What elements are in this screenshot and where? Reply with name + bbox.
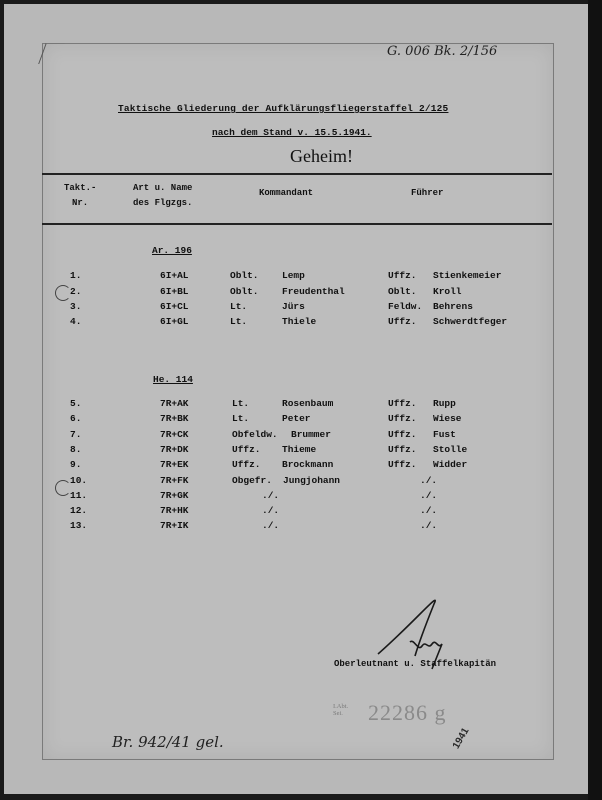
- col-header-aircraft: Art u. Name des Flgzgs.: [133, 181, 192, 211]
- kommandant-name: Brummer: [291, 429, 331, 440]
- kommandant-name: Jungjohann: [283, 475, 340, 486]
- kommandant-rank: Oblt.: [230, 270, 259, 281]
- table-row: 2. 6I+BL Oblt. Freudenthal Oblt. Kroll: [0, 286, 602, 302]
- aircraft-code: 6I+AL: [160, 270, 189, 281]
- kommandant-rank: Lt.: [230, 301, 247, 312]
- fuehrer-name: Fust: [433, 429, 456, 440]
- aircraft-code: 6I+BL: [160, 286, 189, 297]
- kommandant-vacant: ./.: [262, 490, 279, 501]
- col-header-line: Takt.-: [64, 181, 96, 196]
- table-row: 11. 7R+GK ./. ./.: [0, 490, 602, 506]
- aircraft-code: 7R+DK: [160, 444, 189, 455]
- row-nr: 7.: [70, 429, 81, 440]
- archive-stamp-number: 22286 g: [368, 700, 447, 726]
- kommandant-name: Jürs: [282, 301, 305, 312]
- signature-title: Oberleutnant u. Staffelkapitän: [334, 659, 496, 669]
- row-nr: 5.: [70, 398, 81, 409]
- fuehrer-rank: Uffz.: [388, 444, 417, 455]
- archive-stamp-label: I.Abt. Sei.: [333, 703, 348, 717]
- fuehrer-rank: Uffz.: [388, 398, 417, 409]
- punch-hole-mark: [55, 285, 71, 301]
- table-row: 9. 7R+EK Uffz. Brockmann Uffz. Widder: [0, 459, 602, 475]
- fuehrer-rank: Uffz.: [388, 429, 417, 440]
- table-row: 13. 7R+IK ./. ./.: [0, 520, 602, 536]
- aircraft-code: 7R+HK: [160, 505, 189, 516]
- handwritten-top-reference: G. 006 Bk. 2/156: [387, 44, 497, 59]
- fuehrer-vacant: ./.: [420, 520, 437, 531]
- fuehrer-rank: Uffz.: [388, 413, 417, 424]
- kommandant-rank: Lt.: [232, 398, 249, 409]
- aircraft-code: 7R+AK: [160, 398, 189, 409]
- col-header-line: Art u. Name: [133, 181, 192, 196]
- kommandant-rank: Oblt.: [230, 286, 259, 297]
- fuehrer-vacant: ./.: [420, 490, 437, 501]
- header-rule-bottom: [42, 223, 552, 225]
- col-header-takt-nr: Takt.- Nr.: [64, 181, 96, 211]
- kommandant-name: Thiele: [282, 316, 316, 327]
- kommandant-name: Freudenthal: [282, 286, 345, 297]
- aircraft-code: 6I+CL: [160, 301, 189, 312]
- table-row: 4. 6I+GL Lt. Thiele Uffz. Schwerdtfeger: [0, 316, 602, 332]
- handwritten-bottom-reference: Br. 942/41 gel.: [112, 733, 224, 751]
- fuehrer-rank: Uffz.: [388, 316, 417, 327]
- row-nr: 4.: [70, 316, 81, 327]
- fuehrer-name: Stienkemeier: [433, 270, 501, 281]
- table-row: 10. 7R+FK Obgefr. Jungjohann ./.: [0, 475, 602, 491]
- punch-hole-mark: [55, 480, 71, 496]
- fuehrer-rank: Uffz.: [388, 459, 417, 470]
- aircraft-code: 7R+IK: [160, 520, 189, 531]
- fuehrer-name: Widder: [433, 459, 467, 470]
- stamp-label-line: Sei.: [333, 710, 348, 717]
- row-nr: 2.: [70, 286, 81, 297]
- kommandant-rank: Uffz.: [232, 459, 261, 470]
- aircraft-code: 7R+CK: [160, 429, 189, 440]
- document-title: Taktische Gliederung der Aufklärungsflie…: [118, 103, 448, 114]
- fuehrer-rank: Uffz.: [388, 270, 417, 281]
- kommandant-vacant: ./.: [262, 505, 279, 516]
- kommandant-rank: Obfeldw.: [232, 429, 278, 440]
- row-nr: 8.: [70, 444, 81, 455]
- aircraft-code: 7R+EK: [160, 459, 189, 470]
- document-date-line: nach dem Stand v. 15.5.1941.: [212, 127, 372, 138]
- row-nr: 13.: [70, 520, 87, 531]
- kommandant-name: Peter: [282, 413, 311, 424]
- kommandant-name: Brockmann: [282, 459, 333, 470]
- aircraft-code: 6I+GL: [160, 316, 189, 327]
- header-rule-top: [42, 173, 552, 175]
- table-row: 1. 6I+AL Oblt. Lemp Uffz. Stienkemeier: [0, 270, 602, 286]
- table-row: 6. 7R+BK Lt. Peter Uffz. Wiese: [0, 413, 602, 429]
- table-row: 5. 7R+AK Lt. Rosenbaum Uffz. Rupp: [0, 398, 602, 414]
- fuehrer-name: Kroll: [433, 286, 462, 297]
- fuehrer-rank: Feldw.: [388, 301, 422, 312]
- aircraft-code: 7R+GK: [160, 490, 189, 501]
- kommandant-rank: Lt.: [232, 413, 249, 424]
- fuehrer-vacant: ./.: [420, 475, 437, 486]
- col-header-line: Nr.: [64, 196, 96, 211]
- col-header-fuehrer: Führer: [411, 186, 443, 201]
- col-header-line: des Flgzgs.: [133, 196, 192, 211]
- fuehrer-rank: Oblt.: [388, 286, 417, 297]
- row-nr: 11.: [70, 490, 87, 501]
- fuehrer-vacant: ./.: [420, 505, 437, 516]
- classification-mark: Geheim!: [290, 146, 353, 167]
- fuehrer-name: Wiese: [433, 413, 462, 424]
- row-nr: 9.: [70, 459, 81, 470]
- row-nr: 1.: [70, 270, 81, 281]
- row-nr: 12.: [70, 505, 87, 516]
- row-nr: 3.: [70, 301, 81, 312]
- section-title-ar196: Ar. 196: [152, 245, 192, 256]
- kommandant-name: Rosenbaum: [282, 398, 333, 409]
- aircraft-code: 7R+BK: [160, 413, 189, 424]
- kommandant-rank: Lt.: [230, 316, 247, 327]
- kommandant-vacant: ./.: [262, 520, 279, 531]
- table-row: 3. 6I+CL Lt. Jürs Feldw. Behrens: [0, 301, 602, 317]
- table-row: 7. 7R+CK Obfeldw. Brummer Uffz. Fust: [0, 429, 602, 445]
- fuehrer-name: Stolle: [433, 444, 467, 455]
- table-row: 12. 7R+HK ./. ./.: [0, 505, 602, 521]
- kommandant-rank: Obgefr.: [232, 475, 272, 486]
- stamp-label-line: I.Abt.: [333, 703, 348, 710]
- row-nr: 10.: [70, 475, 87, 486]
- fuehrer-name: Behrens: [433, 301, 473, 312]
- section-title-he114: He. 114: [153, 374, 193, 385]
- fuehrer-name: Schwerdtfeger: [433, 316, 507, 327]
- row-nr: 6.: [70, 413, 81, 424]
- kommandant-name: Lemp: [282, 270, 305, 281]
- fuehrer-name: Rupp: [433, 398, 456, 409]
- kommandant-rank: Uffz.: [232, 444, 261, 455]
- table-row: 8. 7R+DK Uffz. Thieme Uffz. Stolle: [0, 444, 602, 460]
- kommandant-name: Thieme: [282, 444, 316, 455]
- col-header-kommandant: Kommandant: [259, 186, 313, 201]
- aircraft-code: 7R+FK: [160, 475, 189, 486]
